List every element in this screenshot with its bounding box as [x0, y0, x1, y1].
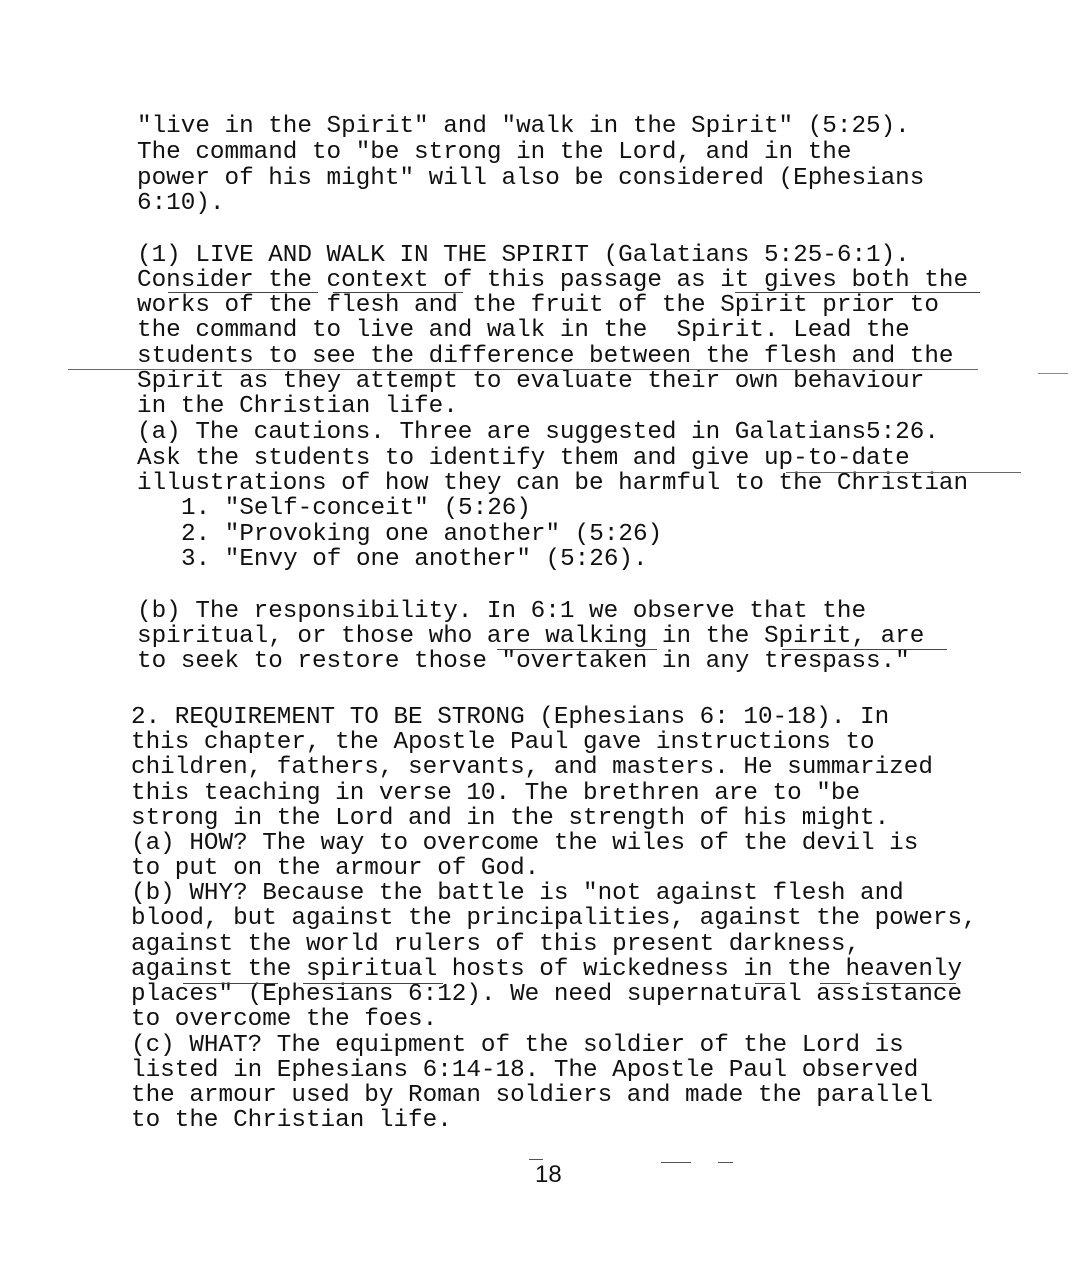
section1-b-line-2: spiritual, or those who are walking in t…: [137, 624, 924, 650]
section2-intro-line-3: children, fathers, servants, and masters…: [131, 755, 933, 781]
section2-c-line-1: (c) WHAT? The equipment of the soldier o…: [131, 1033, 904, 1059]
underline-mark: [183, 983, 278, 984]
underline-mark: [333, 292, 463, 293]
section1-body-line-5: Spirit as they attempt to evaluate their…: [137, 369, 924, 395]
underline-mark: [786, 472, 1021, 473]
section2-intro-line-1: 2. REQUIREMENT TO BE STRONG (Ephesians 6…: [131, 705, 889, 731]
page-number: 18: [535, 1161, 562, 1189]
section1-a-line-1: (a) The cautions. Three are suggested in…: [137, 420, 939, 446]
underline-mark: [303, 983, 443, 984]
section2-b-line-6: to overcome the foes.: [131, 1007, 437, 1033]
caution-item-2: 2. "Provoking one another" (5:26): [181, 522, 662, 548]
section2-b-line-2: blood, but against the principalities, a…: [131, 906, 977, 932]
intro-line-3: power of his might" will also be conside…: [137, 166, 924, 192]
stray-mark: [1038, 373, 1068, 374]
underline-mark: [755, 983, 785, 984]
stray-mark: [529, 1159, 543, 1160]
section2-c-line-4: to the Christian life.: [131, 1108, 452, 1134]
stray-mark: [661, 1162, 691, 1163]
section1-a-line-2: Ask the students to identify them and gi…: [137, 446, 910, 472]
section2-b-line-4: against the spiritual hosts of wickednes…: [131, 957, 962, 983]
section2-c-line-3: the armour used by Roman soldiers and ma…: [131, 1083, 933, 1109]
section2-b-line-3: against the world rulers of this present…: [131, 932, 860, 958]
section2-intro-line-5: strong in the Lord and in the strength o…: [131, 806, 889, 832]
section2-intro-line-4: this teaching in verse 10. The brethren …: [131, 781, 860, 807]
section1-body-line-4: students to see the difference between t…: [137, 344, 954, 370]
section1-body-line-6: in the Christian life.: [137, 394, 458, 420]
section1-heading: (1) LIVE AND WALK IN THE SPIRIT (Galatia…: [137, 243, 910, 269]
section1-a-line-3: illustrations of how they can be harmful…: [137, 471, 968, 497]
stray-mark: [718, 1162, 733, 1163]
underline-mark: [735, 292, 980, 293]
caution-item-3: 3. "Envy of one another" (5:26).: [181, 547, 648, 573]
intro-line-4: 6:10).: [137, 191, 224, 217]
caution-item-1: 1. "Self-conceit" (5:26): [181, 496, 531, 522]
intro-line-2: The command to "be strong in the Lord, a…: [137, 140, 851, 166]
section1-body-line-3: the command to live and walk in the Spir…: [137, 318, 910, 344]
intro-line-1: "live in the Spirit" and "walk in the Sp…: [137, 114, 910, 140]
section1-body-line-2: works of the flesh and the fruit of the …: [137, 293, 939, 319]
underline-mark: [68, 369, 978, 370]
underline-mark: [866, 983, 956, 984]
section1-b-line-1: (b) The responsibility. In 6:1 we observ…: [137, 599, 866, 625]
section2-c-line-2: listed in Ephesians 6:14-18. The Apostle…: [131, 1058, 918, 1084]
underline-mark: [168, 292, 318, 293]
document-page: "live in the Spirit" and "walk in the Sp…: [0, 0, 1087, 1274]
section2-intro-line-2: this chapter, the Apostle Paul gave inst…: [131, 730, 875, 756]
underline-mark: [820, 983, 850, 984]
section2-a-line-1: (a) HOW? The way to overcome the wiles o…: [131, 831, 918, 857]
underline-mark: [497, 649, 657, 650]
section2-a-line-2: to put on the armour of God.: [131, 856, 539, 882]
section2-b-line-5: places" (Ephesians 6:12). We need supern…: [131, 982, 962, 1008]
section1-b-line-3: to seek to restore those "overtaken in a…: [137, 649, 910, 675]
section2-b-line-1: (b) WHY? Because the battle is "not agai…: [131, 881, 904, 907]
section1-body-line-1: Consider the context of this passage as …: [137, 268, 968, 294]
underline-mark: [782, 649, 947, 650]
